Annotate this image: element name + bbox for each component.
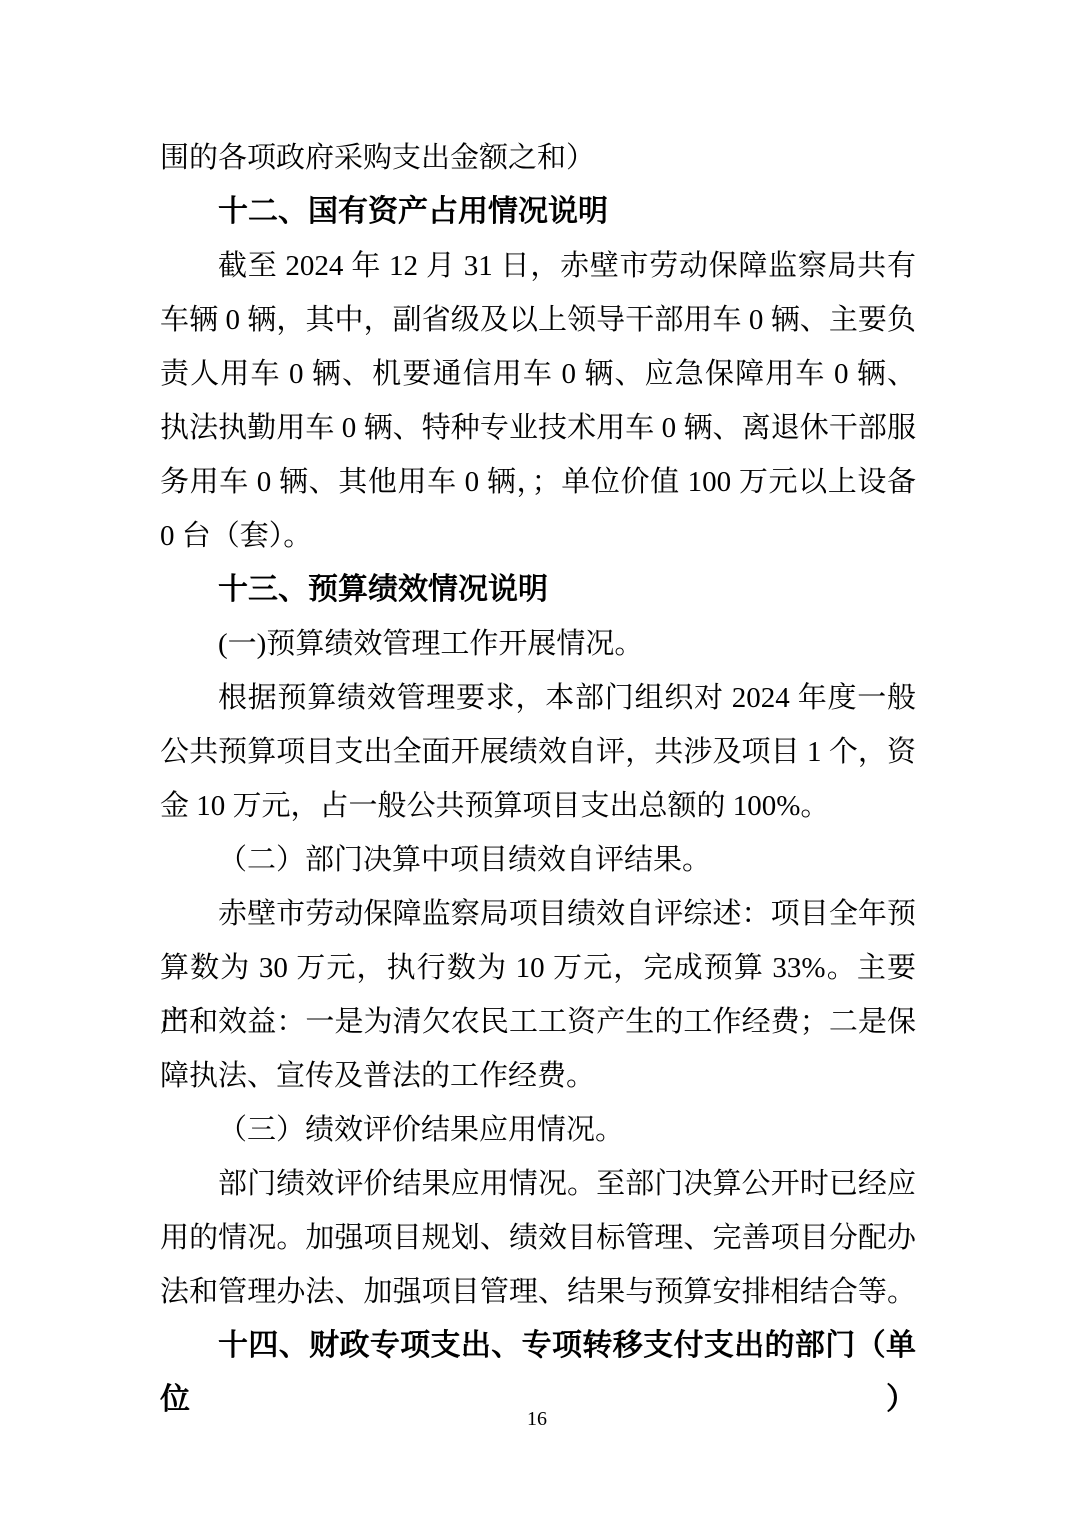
body-line: 金 10 万元，占一般公共预算项目支出总额的 100%。 xyxy=(160,779,916,833)
body-line: 法和管理办法、加强项目管理、结果与预算安排相结合等。 xyxy=(160,1265,916,1319)
page-number: 16 xyxy=(0,1406,1074,1432)
body-line: 算数为 30 万元，执行数为 10 万元，完成预算 33%。主要产 xyxy=(160,941,916,995)
body-line: 公共预算项目支出全面开展绩效自评，共涉及项目 1 个，资 xyxy=(160,725,916,779)
body-line: 车辆 0 辆，其中，副省级及以上领导干部用车 0 辆、主要负 xyxy=(160,293,916,347)
body-line: 障执法、宣传及普法的工作经费。 xyxy=(160,1049,916,1103)
body-line: 部门绩效评价结果应用情况。至部门决算公开时已经应 xyxy=(160,1157,916,1211)
body-line: 围的各项政府采购支出金额之和） xyxy=(160,131,916,185)
section-heading-13: 十三、预算绩效情况说明 xyxy=(160,563,916,617)
body-line: 务用车 0 辆、其他用车 0 辆，；单位价值 100 万元以上设备 xyxy=(160,455,916,509)
text-block: 围的各项政府采购支出金额之和） 十二、国有资产占用情况说明 截至 2024 年 … xyxy=(160,131,916,1373)
section-heading-14: 十四、财政专项支出、专项转移支付支出的部门（单位） xyxy=(160,1319,916,1373)
body-line: 0 台（套）。 xyxy=(160,509,916,563)
body-line: 根据预算绩效管理要求，本部门组织对 2024 年度一般 xyxy=(160,671,916,725)
subsection-heading-2: （二）部门决算中项目绩效自评结果。 xyxy=(160,833,916,887)
document-page: 围的各项政府采购支出金额之和） 十二、国有资产占用情况说明 截至 2024 年 … xyxy=(0,0,1074,1520)
body-line: 执法执勤用车 0 辆、特种专业技术用车 0 辆、离退休干部服 xyxy=(160,401,916,455)
subsection-heading-3: （三）绩效评价结果应用情况。 xyxy=(160,1103,916,1157)
body-line: 赤壁市劳动保障监察局项目绩效自评综述：项目全年预 xyxy=(160,887,916,941)
body-line: 用的情况。加强项目规划、绩效目标管理、完善项目分配办 xyxy=(160,1211,916,1265)
section-heading-12: 十二、国有资产占用情况说明 xyxy=(160,185,916,239)
body-line: 出和效益：一是为清欠农民工工资产生的工作经费；二是保 xyxy=(160,995,916,1049)
subsection-heading-1: (一)预算绩效管理工作开展情况。 xyxy=(160,617,916,671)
body-line: 截至 2024 年 12 月 31 日，赤壁市劳动保障监察局共有 xyxy=(160,239,916,293)
body-line: 责人用车 0 辆、机要通信用车 0 辆、应急保障用车 0 辆、 xyxy=(160,347,916,401)
